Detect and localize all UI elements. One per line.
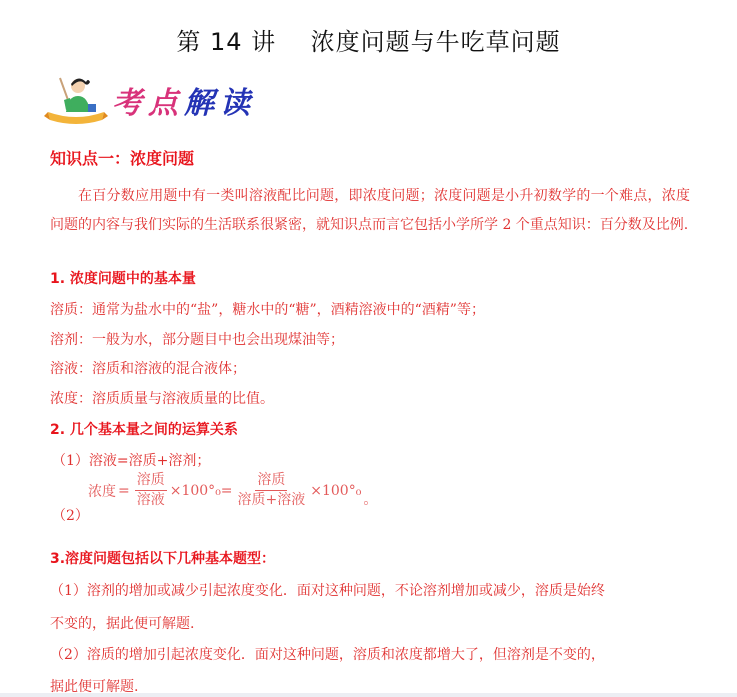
intro-paragraph: 在百分数应用题中有一类叫溶液配比问题，即浓度问题；浓度问题是小升初数学的一个难点…	[50, 182, 690, 240]
problem-type-item: （1）溶剂的增加或减少引起浓度变化．面对这种问题，不论溶剂增加或减少，溶质是始终	[50, 580, 605, 600]
document-page: 第 14 讲 浓度问题与牛吃草问题 考点解读 知识点一：浓度问题 在百分数应用题…	[0, 0, 737, 693]
section-heading: 知识点一：浓度问题	[50, 146, 194, 169]
definition-line: 浓度：溶质质量与溶液质量的比值。	[50, 388, 274, 408]
relation-item-1: （1）溶液=溶质+溶剂；	[52, 450, 210, 470]
page-edge-divider	[0, 693, 737, 697]
subsection-heading-1: 1. 浓度问题中的基本量	[50, 268, 196, 288]
subsection-heading-2: 2. 几个基本量之间的运算关系	[50, 419, 238, 439]
relation-item-2-label: （2）	[52, 505, 89, 525]
fraction: 溶质 溶液	[135, 472, 167, 509]
problem-type-item-cont: 不变的，据此便可解题.	[50, 613, 194, 633]
definition-line: 溶液：溶质和溶液的混合液体；	[50, 358, 246, 378]
definition-line: 溶剂：一般为水，部分题目中也会出现煤油等；	[50, 329, 344, 349]
lesson-title: 第 14 讲 浓度问题与牛吃草问题	[0, 22, 737, 57]
teacher-illustration-icon	[44, 70, 108, 130]
definition-line: 溶质：通常为盐水中的“盐”，糖水中的“糖”，酒精溶液中的“酒精”等；	[50, 299, 485, 319]
subsection-heading-3: 3.溶度问题包括以下几种基本题型：	[50, 548, 275, 568]
problem-type-item: （2）溶质的增加引起浓度变化．面对这种问题，溶质和浓度都增大了，但溶剂是不变的，	[50, 644, 605, 664]
banner-title: 考点解读	[112, 78, 256, 122]
concentration-formula: 浓度 = 溶质 溶液 ×100° ₀= 溶质 溶质+溶液 ×100°₀ 。	[88, 472, 377, 509]
banner: 考点解读	[44, 70, 256, 130]
fraction: 溶质 溶质+溶液	[236, 472, 308, 509]
